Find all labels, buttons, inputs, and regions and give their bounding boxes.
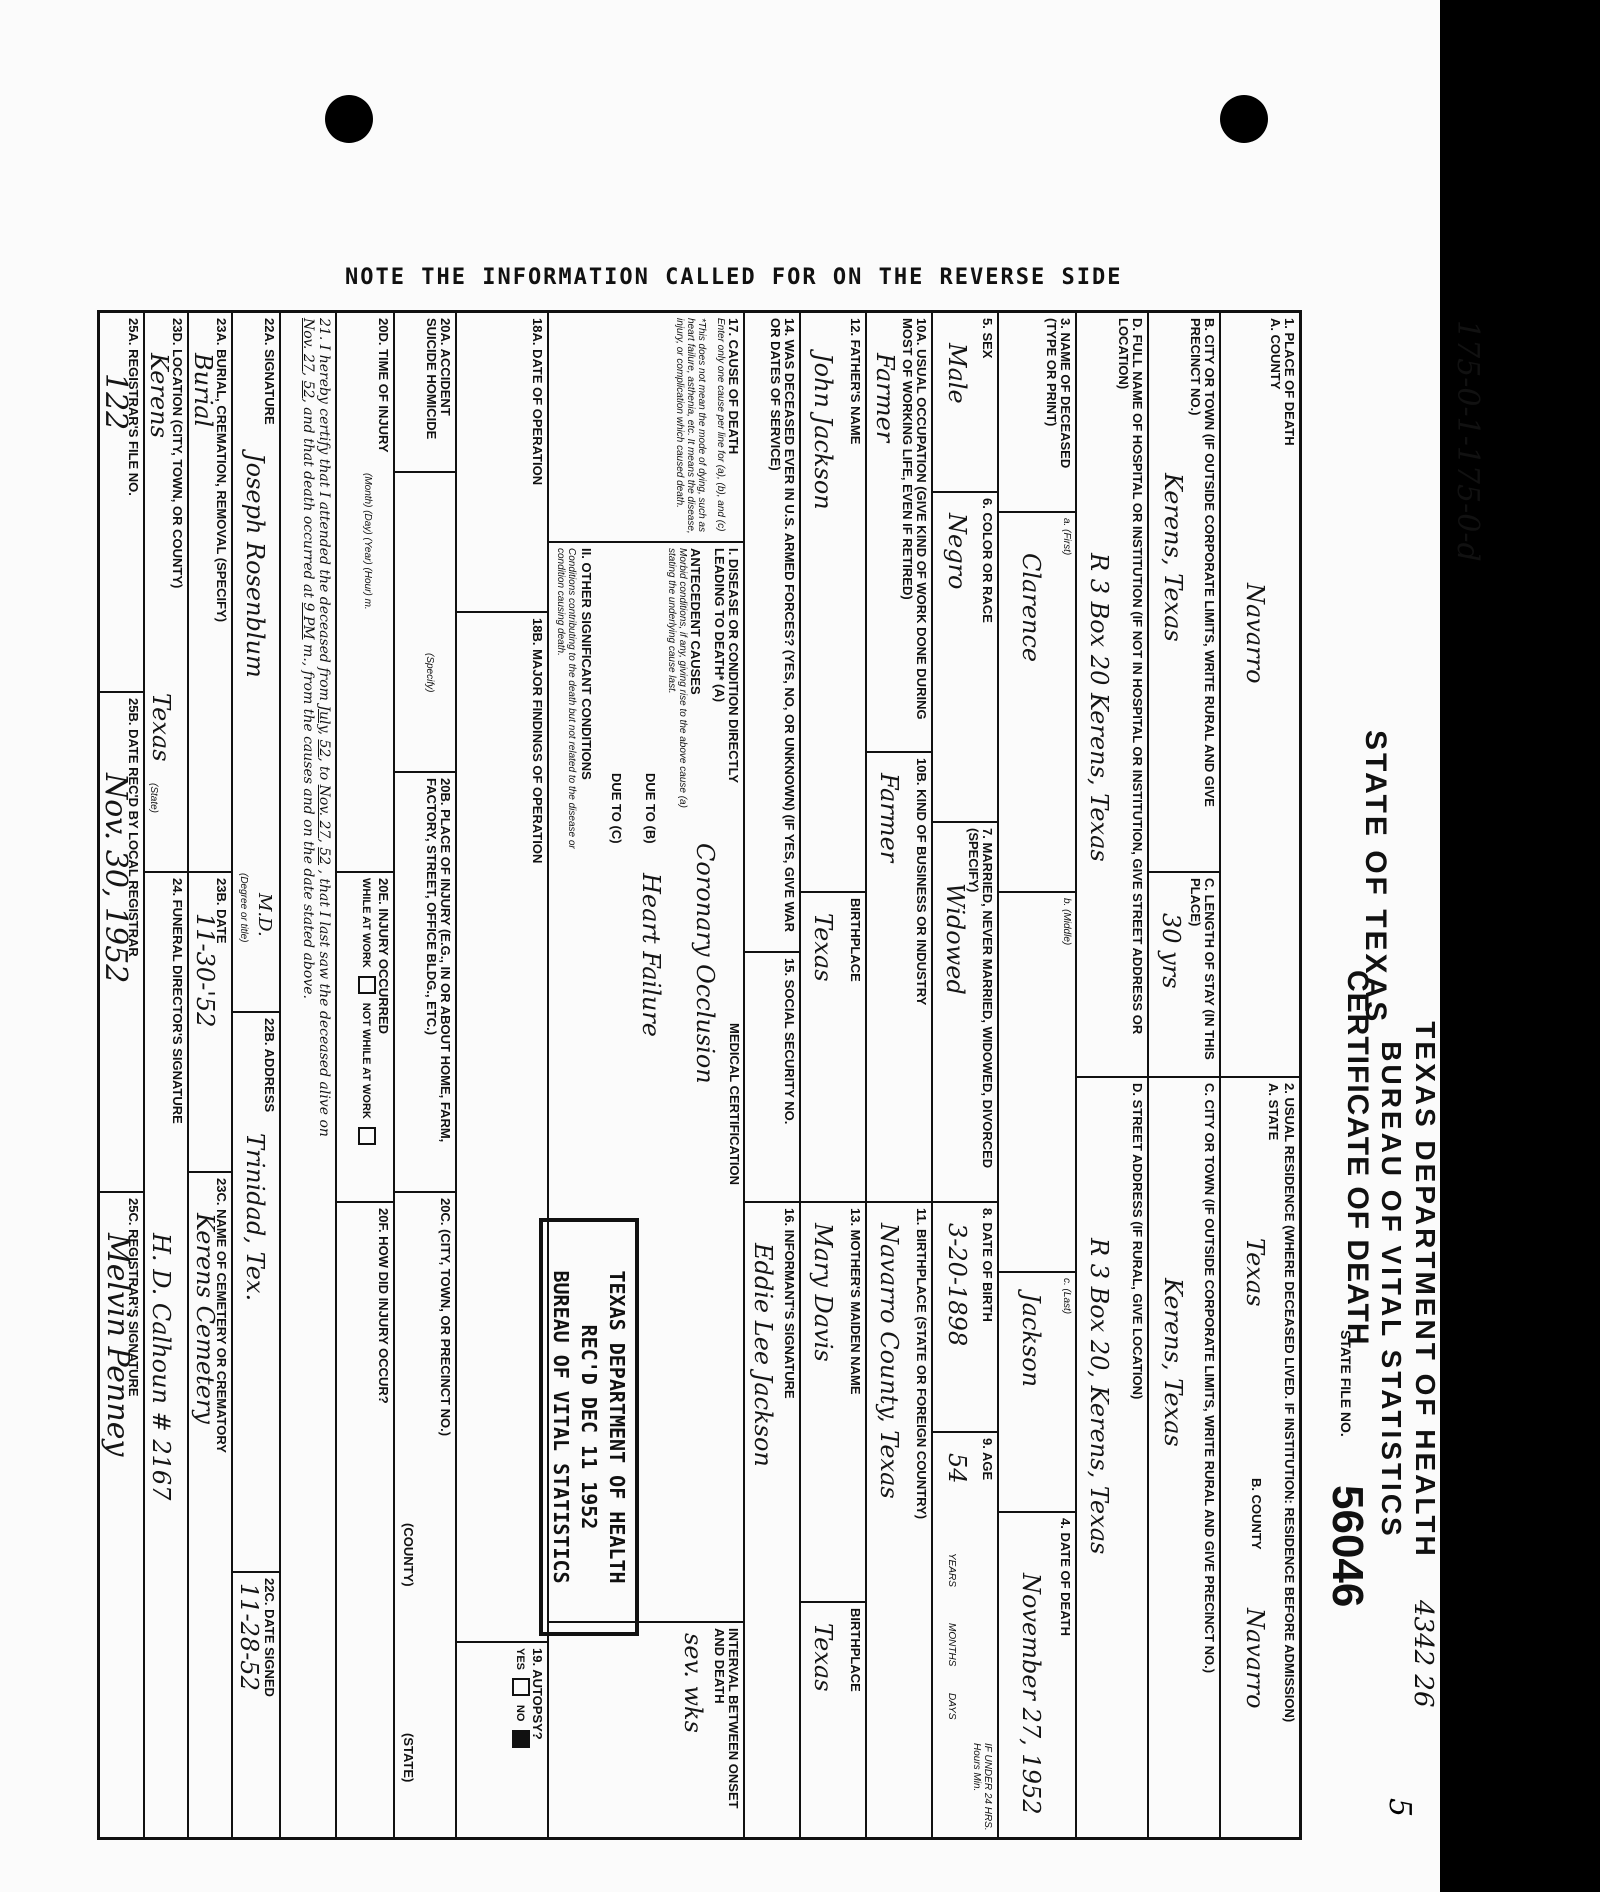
field-burial-location[interactable]: 23d. LOCATION (City, town, or county) Ke… [145, 313, 187, 873]
punch-hole-left [325, 95, 373, 143]
field-injury-occurred[interactable]: 20e. INJURY OCCURRED WHILE AT WORK NOT W… [337, 873, 393, 1203]
row-sex-race: 5. SEX Male 6. COLOR OR RACE Negro 7. MA… [931, 313, 997, 1837]
field-mother-name[interactable]: 13. MOTHER'S MAIDEN NAME Mary Davis [801, 1203, 865, 1603]
field-race[interactable]: 6. COLOR OR RACE Negro [933, 493, 997, 823]
field-how-injury[interactable]: 20f. HOW DID INJURY OCCUR? [337, 1203, 393, 1840]
field-middle-name[interactable]: b. (Middle) [999, 893, 1075, 1273]
certificate-title: CERTIFICATE OF DEATH [1340, 970, 1374, 1346]
field-first-name[interactable]: a. (First) Clarence [999, 513, 1075, 893]
row-institution: d. FULL NAME OF HOSPITAL OR INSTITUTION … [1075, 313, 1147, 1837]
field-ssn[interactable]: 15. SOCIAL SECURITY NO. [745, 953, 799, 1203]
field-date-of-birth[interactable]: 8. DATE OF BIRTH 3-20-1898 [933, 1203, 997, 1433]
field-registrar-date[interactable]: 25b. DATE REC'D BY LOCAL REGISTRAR Nov. … [97, 693, 143, 1193]
field-accident-specify[interactable]: (Specify) [395, 473, 455, 773]
field-operation-date[interactable]: 18a. DATE OF OPERATION [457, 313, 547, 613]
side-annotation: 175-0-1-175-0-d [1450, 320, 1485, 562]
field-registrar-file[interactable]: 25a. REGISTRAR'S FILE NO. 122 [97, 313, 143, 693]
row-name: 3. NAME OF DECEASED (Type or Print) a. (… [997, 313, 1075, 1837]
reverse-side-note: NOTE THE INFORMATION CALLED FOR ON THE R… [345, 265, 1205, 290]
field-place-county[interactable]: 1. PLACE OF DEATH a. COUNTY Navarro [1221, 313, 1299, 1078]
row-accident: 20a. ACCIDENT SUICIDE HOMICIDE (Specify)… [393, 313, 455, 1837]
row-time-of-injury: 20d. TIME OF INJURY (Month) (Day) (Year)… [335, 313, 393, 1837]
label-name-of-deceased: 3. NAME OF DECEASED (Type or Print) [999, 313, 1075, 513]
field-accident-type[interactable]: 20a. ACCIDENT SUICIDE HOMICIDE [395, 313, 455, 473]
while-at-work-checkbox[interactable] [358, 976, 376, 994]
row-burial: 23a. BURIAL, CREMATION, REMOVAL (Specify… [187, 313, 231, 1837]
department-title: TEXAS DEPARTMENT OF HEALTH BUREAU OF VIT… [1374, 1010, 1442, 1570]
field-burial-date[interactable]: 23b. DATE 11-30-'52 [189, 873, 231, 1173]
row-parents: 12. FATHER'S NAME John Jackson BIRTHPLAC… [799, 313, 865, 1837]
field-industry[interactable]: 10b. KIND OF BUSINESS OR INDUSTRY Farmer [867, 753, 931, 1203]
field-physician-address[interactable]: 22b. ADDRESS Trinidad, Tex. [233, 1013, 279, 1573]
field-father-name[interactable]: 12. FATHER'S NAME John Jackson [801, 313, 865, 893]
field-place-of-injury[interactable]: 20b. PLACE OF INJURY (e.g., in or about … [395, 773, 455, 1193]
handwritten-code: 4342 26 [1408, 1600, 1438, 1708]
field-birthplace[interactable]: 11. BIRTHPLACE (State or foreign country… [867, 1203, 931, 1840]
field-date-signed[interactable]: 22c. DATE SIGNED 11-28-52 [233, 1573, 279, 1840]
death-certificate-form: STATE OF TEXAS TEXAS DEPARTMENT OF HEALT… [97, 310, 1442, 1840]
row-occupation: 10a. USUAL OCCUPATION (Give kind of work… [865, 313, 931, 1837]
field-armed-forces[interactable]: 14. WAS DECEASED EVER IN U.S. ARMED FORC… [745, 313, 799, 953]
field-autopsy[interactable]: 19. AUTOPSY? YES NO [457, 1643, 547, 1840]
field-burial-type[interactable]: 23a. BURIAL, CREMATION, REMOVAL (Specify… [189, 313, 231, 873]
not-while-at-work-checkbox[interactable] [358, 1127, 376, 1145]
field-certification-statement[interactable]: 21. I hereby certify that I attended the… [281, 313, 335, 1840]
scanned-paper: NOTE THE INFORMATION CALLED FOR ON THE R… [0, 0, 1440, 1892]
state-file-number: 56046 [1322, 1485, 1372, 1607]
field-father-birthplace[interactable]: BIRTHPLACE Texas [801, 893, 865, 1203]
cause-of-death-instructions: 17. CAUSE OF DEATH Enter only one cause … [549, 313, 743, 543]
row-registrar: 25a. REGISTRAR'S FILE NO. 122 25b. DATE … [97, 313, 143, 1837]
row-burial-location: 23d. LOCATION (City, town, or county) Ke… [143, 313, 187, 1837]
margin-mark: 5 [1382, 1798, 1417, 1817]
field-injury-location[interactable]: 20c. (CITY, TOWN, OR PRECINCT NO.) (COUN… [395, 1193, 455, 1840]
field-residence-city[interactable]: c. CITY OR TOWN (If outside corporate li… [1149, 1078, 1219, 1840]
row-city: b. CITY OR TOWN (If outside corporate li… [1147, 313, 1219, 1837]
field-date-of-death[interactable]: 4. DATE OF DEATH November 27, 1952 [999, 1513, 1075, 1840]
row-signature: 22a. SIGNATURE Joseph Rosenblum (Degree … [231, 313, 279, 1837]
received-stamp: TEXAS DEPARTMENT OF HEALTH REC'D DEC 11 … [539, 1218, 639, 1636]
field-residence-state-county[interactable]: 2. USUAL RESIDENCE (Where deceased lived… [1221, 1078, 1299, 1840]
field-time-of-injury[interactable]: 20d. TIME OF INJURY (Month) (Day) (Year)… [337, 313, 393, 873]
field-physician-signature[interactable]: 22a. SIGNATURE Joseph Rosenblum (Degree … [233, 313, 279, 1013]
field-marital-status[interactable]: 7. MARRIED, NEVER MARRIED, WIDOWED, DIVO… [933, 823, 997, 1203]
field-interval[interactable]: INTERVAL BETWEEN ONSET AND DEATH sev. wk… [549, 1623, 743, 1840]
punch-hole-right [1220, 95, 1268, 143]
row-operation: 18a. DATE OF OPERATION 18b. MAJOR FINDIN… [455, 313, 547, 1837]
field-place-city[interactable]: b. CITY OR TOWN (If outside corporate li… [1149, 313, 1219, 873]
field-residence-address[interactable]: d. STREET ADDRESS (If rural, give locati… [1077, 1078, 1147, 1840]
field-cemetery[interactable]: 23c. NAME OF CEMETERY OR CREMATORY Keren… [189, 1173, 231, 1840]
form-grid: 1. PLACE OF DEATH a. COUNTY Navarro 2. U… [97, 310, 1302, 1840]
row-county: 1. PLACE OF DEATH a. COUNTY Navarro 2. U… [1219, 313, 1299, 1837]
field-informant[interactable]: 16. INFORMANT'S SIGNATURE Eddie Lee Jack… [745, 1203, 799, 1840]
field-last-name[interactable]: c. (Last) Jackson [999, 1273, 1075, 1513]
row-armed-forces: 14. WAS DECEASED EVER IN U.S. ARMED FORC… [743, 313, 799, 1837]
field-length-of-stay[interactable]: c. LENGTH OF STAY (in this place) 30 yrs [1149, 873, 1219, 1078]
field-mother-birthplace[interactable]: BIRTHPLACE Texas [801, 1603, 865, 1840]
autopsy-yes-checkbox[interactable] [512, 1678, 530, 1696]
form-header: STATE OF TEXAS TEXAS DEPARTMENT OF HEALT… [1312, 310, 1442, 1840]
field-sex[interactable]: 5. SEX Male [933, 313, 997, 493]
field-funeral-director[interactable]: 24. FUNERAL DIRECTOR'S SIGNATURE H. D. C… [145, 873, 187, 1840]
field-occupation[interactable]: 10a. USUAL OCCUPATION (Give kind of work… [867, 313, 931, 753]
field-registrar-signature[interactable]: 25c. REGISTRAR'S SIGNATURE Melvin Penney [97, 1193, 143, 1840]
state-file-label: STATE FILE NO. [1338, 1330, 1354, 1437]
field-age[interactable]: 9. AGE 54 YEARS MONTHS DAYS IF UNDER 24 … [933, 1433, 997, 1840]
row-certification: 21. I hereby certify that I attended the… [279, 313, 335, 1837]
field-major-findings[interactable]: 18b. MAJOR FINDINGS OF OPERATION [457, 613, 547, 1643]
autopsy-no-checkbox[interactable] [512, 1730, 530, 1748]
field-institution[interactable]: d. FULL NAME OF HOSPITAL OR INSTITUTION … [1077, 313, 1147, 1078]
